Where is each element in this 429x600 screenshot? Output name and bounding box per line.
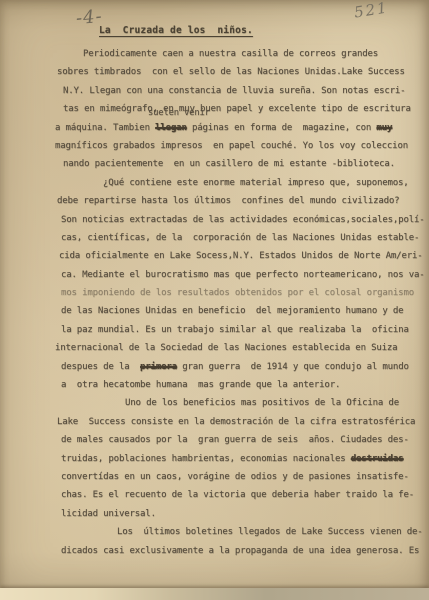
text-run: licidad universal. bbox=[61, 509, 156, 519]
text-run: Periodicamente caen a nuestra casilla de… bbox=[83, 49, 378, 59]
text-run: Son noticias extractadas de las activida… bbox=[61, 215, 425, 225]
archive-number: 521 bbox=[353, 0, 390, 22]
text-line: a máquina. Tambien llegan páginas en for… bbox=[55, 119, 427, 137]
text-run: de males causados por la gran guerra de … bbox=[61, 435, 409, 445]
text-run: N.Y. Llegan con una constancia de lluvia… bbox=[63, 86, 405, 96]
text-line: Periodicamente caen a nuestra casilla de… bbox=[55, 45, 427, 63]
text-run: a máquina. Tambien bbox=[55, 123, 155, 133]
text-run: mos imponiendo de los resultados obtenid… bbox=[61, 288, 414, 298]
text-line: dicados casi exclusivamente a la propaga… bbox=[55, 542, 427, 560]
text-run: Los últimos boletines llegados de Lake S… bbox=[117, 527, 423, 537]
text-line: truidas, poblaciones hambrientas, econom… bbox=[55, 450, 427, 468]
text-run: ca. Mediante el burocratismo mas que per… bbox=[61, 270, 425, 280]
document-page: -4- 521 La Cruzada de los niños. suelen … bbox=[0, 0, 429, 600]
text-line: ca. Mediante el burocratismo mas que per… bbox=[55, 266, 427, 284]
text-line: Los últimos boletines llegados de Lake S… bbox=[55, 523, 427, 541]
text-line: mos imponiendo de los resultados obtenid… bbox=[55, 284, 427, 302]
text-line: chas. Es el recuento de la victoria que … bbox=[55, 486, 427, 504]
text-line: licidad universal. bbox=[55, 505, 427, 523]
text-line: la paz mundial. Es un trabajo similar al… bbox=[55, 321, 427, 339]
text-run: debe repartirse hasta los últimos confin… bbox=[57, 196, 399, 206]
text-run: chas. Es el recuento de la victoria que … bbox=[61, 490, 414, 500]
text-run: a otra hecatombe humana mas grande que l… bbox=[61, 380, 340, 390]
text-line: despues de la primera gran guerra de 191… bbox=[55, 358, 427, 376]
text-run: de las Naciones Unidas en beneficio del … bbox=[61, 306, 403, 316]
text-run: Lake Success consiste en la demostración… bbox=[57, 417, 415, 427]
text-run: magníficos grabados impresos en papel co… bbox=[55, 141, 408, 151]
text-line: N.Y. Llegan con una constancia de lluvia… bbox=[55, 82, 427, 100]
text-line: sobres timbrados con el sello de las Nac… bbox=[55, 63, 427, 81]
text-run: la paz mundial. Es un trabajo similar al… bbox=[61, 325, 409, 335]
text-line: de males causados por la gran guerra de … bbox=[55, 431, 427, 449]
text-line: convertídas en un caos, vorágine de odio… bbox=[55, 468, 427, 486]
text-run: cas, científicas, de la corporación de l… bbox=[61, 233, 419, 243]
text-run: páginas en forma de magazine, con bbox=[187, 123, 377, 133]
struck-word: muy bbox=[376, 123, 392, 133]
struck-word: destruidas bbox=[351, 454, 404, 464]
struck-word: primera bbox=[140, 362, 177, 372]
text-line: nando pacientemente en un casillero de m… bbox=[55, 155, 427, 173]
text-line: internacional de la Sociedad de las Naci… bbox=[55, 339, 427, 357]
text-line: de las Naciones Unidas en beneficio del … bbox=[55, 302, 427, 320]
text-line: debe repartirse hasta los últimos confin… bbox=[55, 192, 427, 210]
text-run: dicados casi exclusivamente a la propaga… bbox=[61, 546, 419, 556]
text-run: internacional de la Sociedad de las Naci… bbox=[55, 343, 397, 353]
document-body: Periodicamente caen a nuestra casilla de… bbox=[55, 45, 427, 560]
text-run: gran guerra de 1914 y que condujo al mun… bbox=[177, 362, 409, 372]
text-line: cas, científicas, de la corporación de l… bbox=[55, 229, 427, 247]
text-run: ¿Qué contiene este enorme material impre… bbox=[103, 178, 409, 188]
struck-word: llegan bbox=[155, 123, 187, 133]
text-run: convertídas en un caos, vorágine de odio… bbox=[61, 472, 409, 482]
text-line: cida oficialmente en Lake Socess,N.Y. Es… bbox=[55, 247, 427, 265]
text-run: Uno de los beneficios mas positivos de l… bbox=[125, 398, 399, 408]
text-line: Lake Success consiste en la demostración… bbox=[55, 413, 427, 431]
text-line: tas en mimeógrafo, en muy buen papel y e… bbox=[55, 100, 427, 118]
text-run: cida oficialmente en Lake Socess,N.Y. Es… bbox=[59, 251, 423, 261]
text-line: Son noticias extractadas de las activida… bbox=[55, 211, 427, 229]
text-line: ¿Qué contiene este enorme material impre… bbox=[55, 174, 427, 192]
text-line: Uno de los beneficios mas positivos de l… bbox=[55, 394, 427, 412]
document-photo: -4- 521 La Cruzada de los niños. suelen … bbox=[0, 0, 429, 600]
text-run: nando pacientemente en un casillero de m… bbox=[63, 159, 395, 169]
text-run: sobres timbrados con el sello de las Nac… bbox=[57, 67, 405, 77]
text-run: truidas, poblaciones hambrientas, econom… bbox=[61, 454, 351, 464]
text-run: tas en mimeógrafo, en muy buen papel y e… bbox=[63, 104, 411, 114]
text-line: magníficos grabados impresos en papel co… bbox=[55, 137, 427, 155]
text-line: a otra hecatombe humana mas grande que l… bbox=[55, 376, 427, 394]
underlying-sheet-edge bbox=[0, 588, 429, 600]
text-run: despues de la bbox=[61, 362, 140, 372]
document-title: La Cruzada de los niños. bbox=[99, 25, 253, 36]
